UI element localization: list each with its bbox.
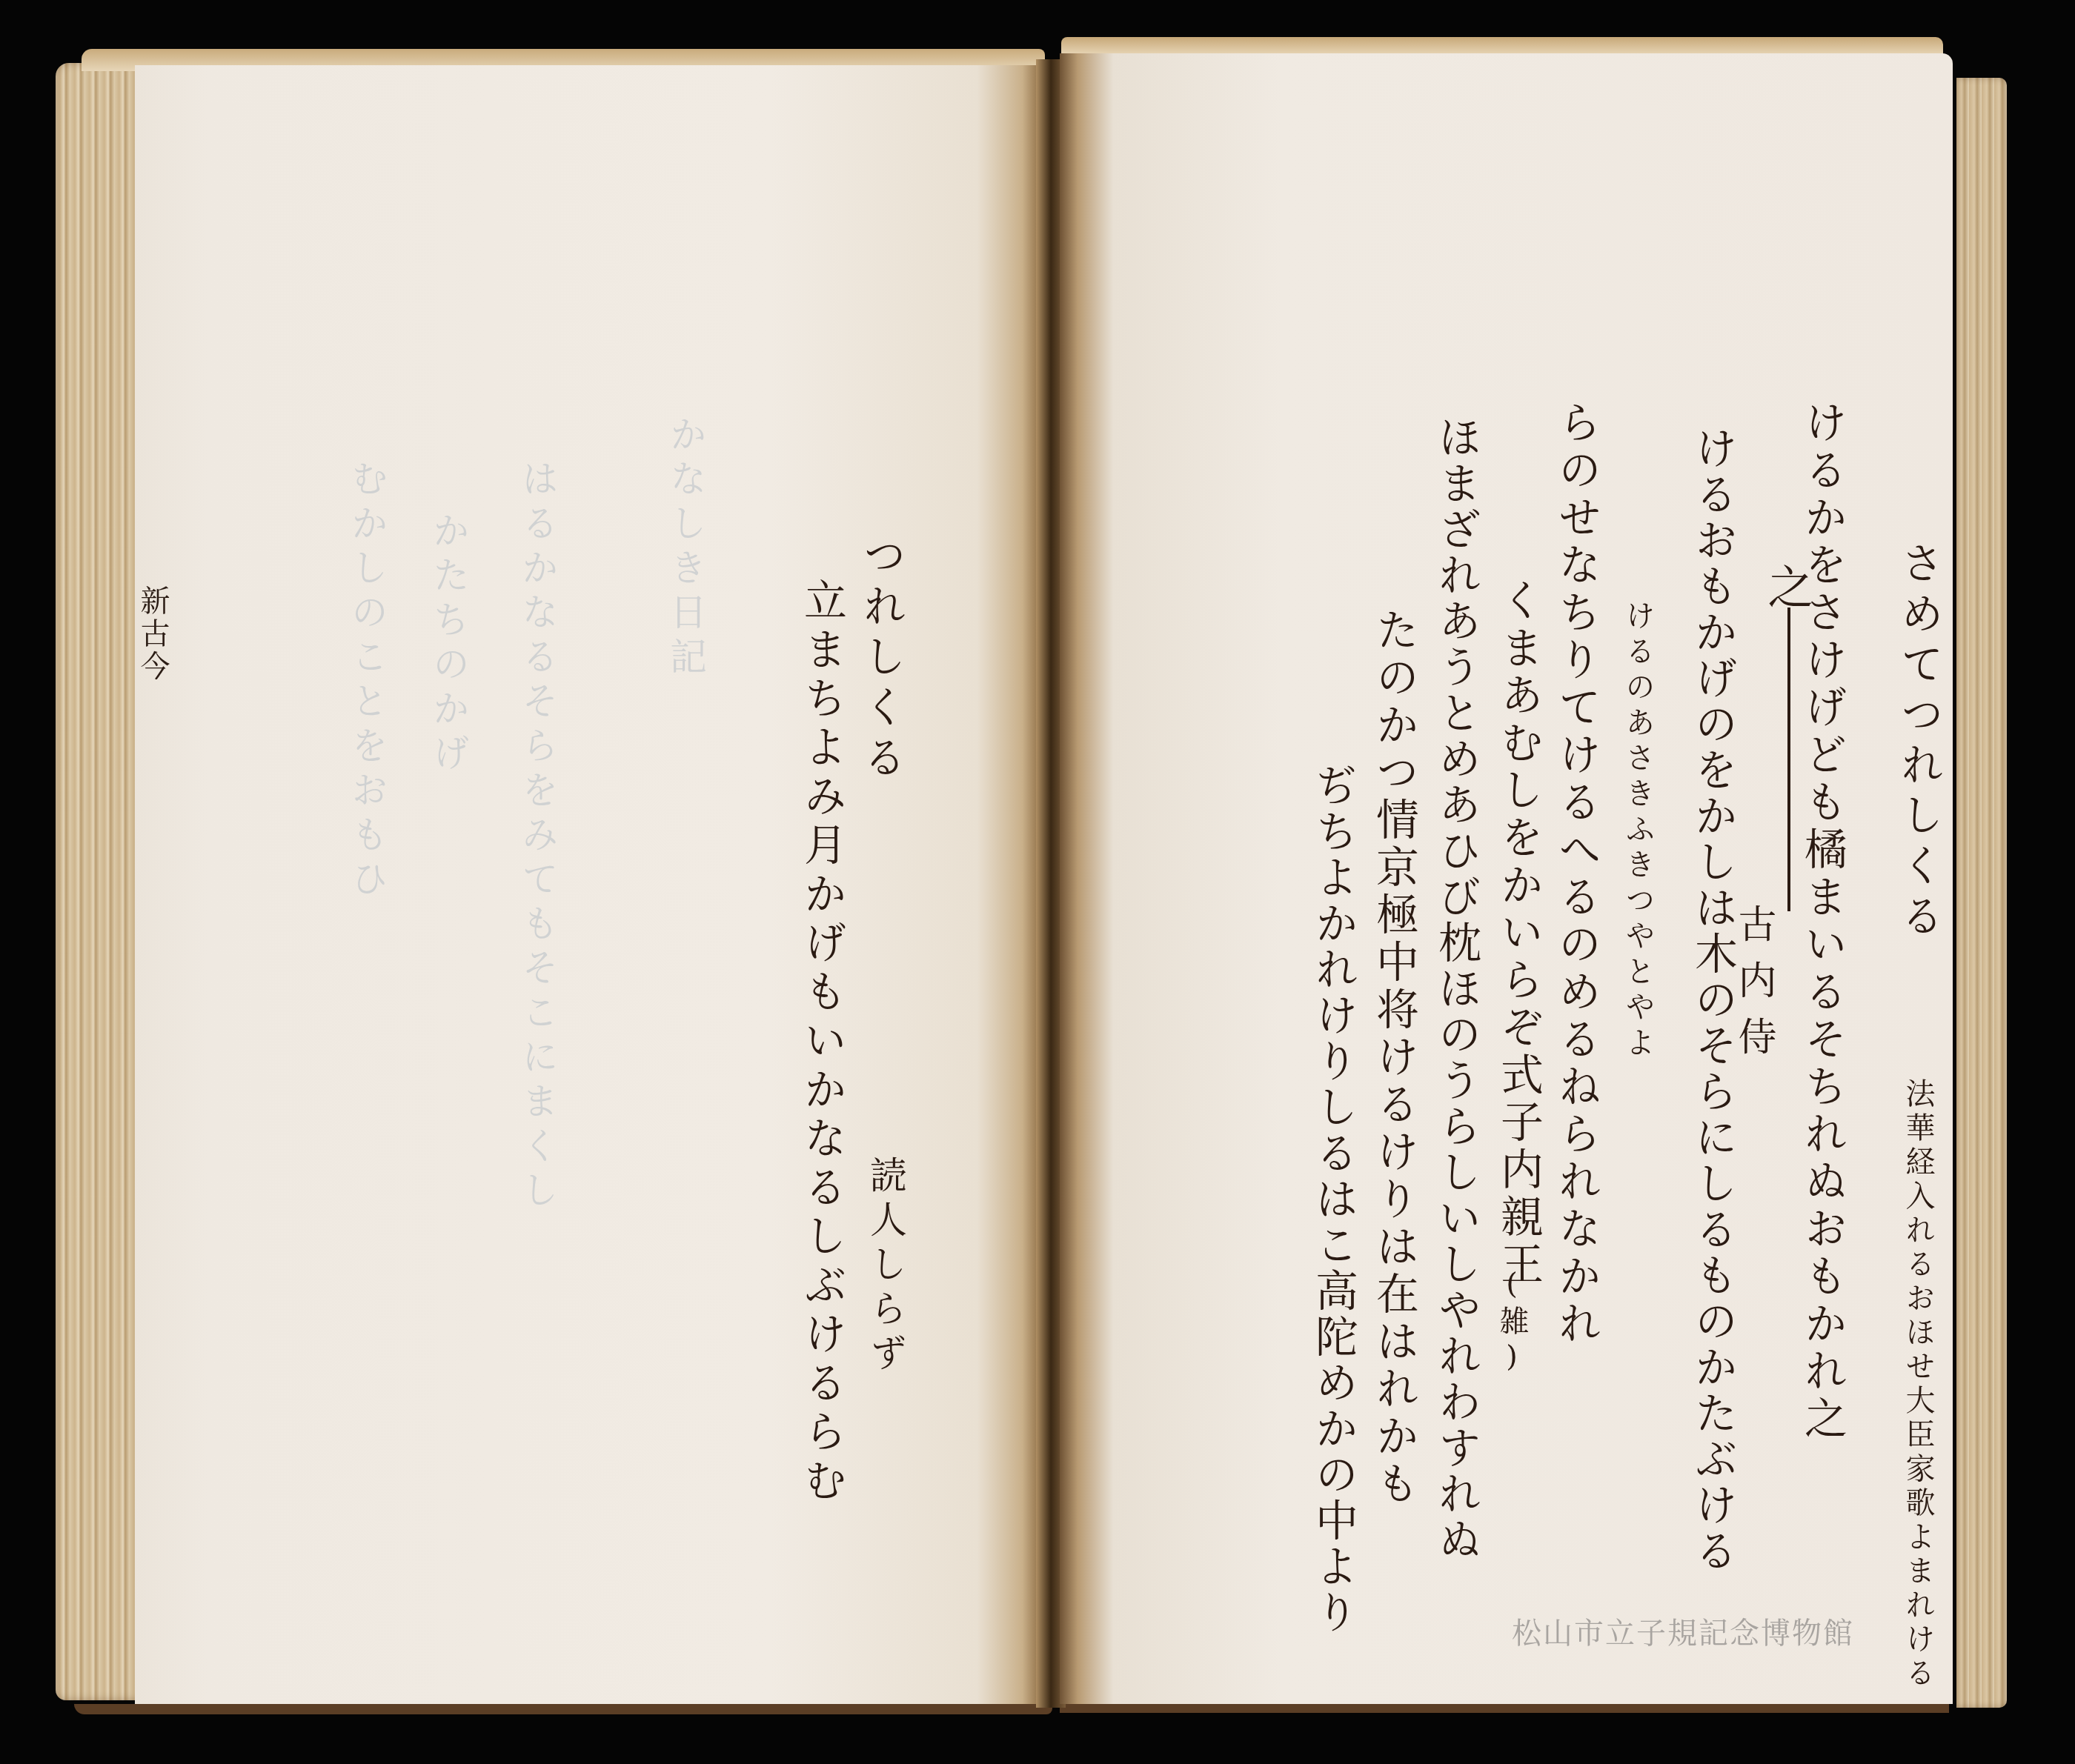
museum-watermark: 松山市立子規記念博物館 — [1512, 1610, 1854, 1652]
poem-line: けるおもかげのをかしは木のそらにしるものかたぶける — [1691, 426, 1734, 1574]
author-name: 読人しらず — [867, 1156, 904, 1378]
poem-line: けるかをさけげども橘まいるそちれぬおもかれ之 — [1801, 400, 1844, 1443]
poem-line: ほまざれあうとめあひび枕ほのうらしいしやれわすれぬ — [1435, 415, 1478, 1563]
right-bottom-edge — [1060, 1704, 1949, 1713]
poem-line: 立まちよみ月かげもいかなるしぶけるらむ — [800, 578, 843, 1507]
poem-annotation: (雑) — [1497, 1267, 1527, 1378]
left-page — [135, 65, 1040, 1704]
right-page-stack-edge — [1956, 78, 2007, 1708]
poem-line: らのせなちりてけるへるのめるねられなかれ — [1555, 400, 1598, 1348]
poem-line: けるのあさきふきつやとやよ — [1623, 600, 1653, 1062]
ruled-line — [1787, 608, 1790, 911]
poem-line: ぢちよかれけりしるはこ高陀めかの中より — [1312, 763, 1355, 1636]
mark-glyph: 之 — [1764, 563, 1810, 616]
margin-note: 新古今 — [138, 585, 167, 683]
left-page-stack-edge — [56, 63, 141, 1700]
left-bottom-edge — [74, 1704, 1052, 1714]
show-through-text: むかしのことをおもひ — [348, 459, 385, 904]
author-name: 古内侍 — [1734, 904, 1773, 1073]
show-through-text: かたちのかげ — [430, 511, 467, 778]
show-through-text: かなしき日記 — [667, 415, 704, 682]
poem-preface: 法華経入れるおほせ大臣家歌よまれける — [1903, 1078, 1933, 1691]
poem-line: くまあむしをかいらぞ式子内親王 — [1497, 578, 1540, 1289]
poem-line: たのかつ情京極中将けるけりは在はれかも — [1372, 608, 1415, 1508]
show-through-text: はるかなるそらをみてもそこにまくし — [519, 459, 556, 1215]
poem-line: つれしくる — [860, 533, 903, 785]
poem-line: さめてつれしくる — [1897, 541, 1940, 944]
